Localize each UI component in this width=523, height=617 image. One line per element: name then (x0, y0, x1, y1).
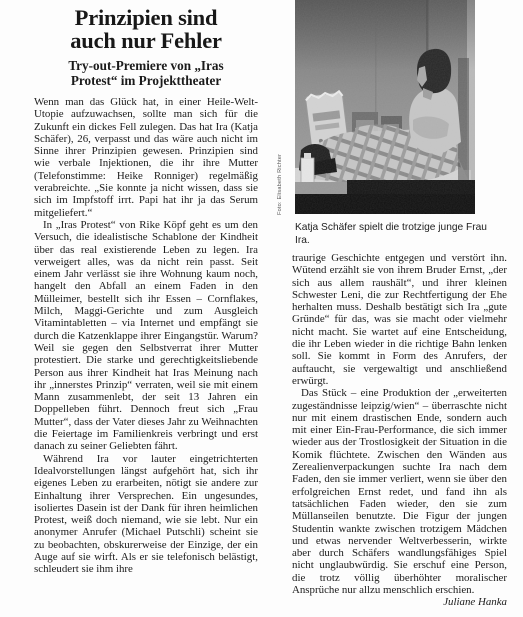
newspaper-page: Prinzipien sind auch nur Fehler Try-out-… (0, 0, 523, 617)
stage-photo (295, 0, 475, 214)
paragraph-2: In „Iras Protest“ von Rike Köpf geht es … (34, 219, 258, 453)
photo-caption: Katja Schäfer spielt die trotzige junge … (295, 221, 501, 247)
subtitle: Try-out-Premiere von „Iras Protest“ im P… (34, 59, 258, 88)
paragraph-1: Wenn man das Glück hat, in einer Heile-W… (34, 96, 258, 219)
stage-photo-illustration (295, 0, 475, 214)
subtitle-line-1: Try-out-Premiere von „Iras (34, 59, 258, 74)
photo-credit: Foto: Elisabeth Richter (277, 137, 283, 215)
headline-line-1: Prinzipien sind (34, 6, 258, 29)
paragraph-3: Während Ira vor lauter eingetrichterten … (34, 453, 258, 576)
author-byline: Juliane Hanka (428, 596, 507, 608)
paragraph-4: traurige Geschichte entgegen und verstör… (292, 252, 507, 387)
paragraph-5: Das Stück – eine Produktion der „erweite… (292, 387, 507, 596)
paragraph-5-text: Das Stück – eine Produktion der „erweite… (292, 387, 507, 596)
article-column-right: Katja Schäfer spielt die trotzige junge … (292, 0, 507, 609)
headline-line-2: auch nur Fehler (34, 29, 258, 52)
article-column-left: Prinzipien sind auch nur Fehler Try-out-… (34, 6, 258, 576)
headline: Prinzipien sind auch nur Fehler (34, 6, 258, 52)
subtitle-line-2: Protest“ im Projekttheater (34, 74, 258, 89)
